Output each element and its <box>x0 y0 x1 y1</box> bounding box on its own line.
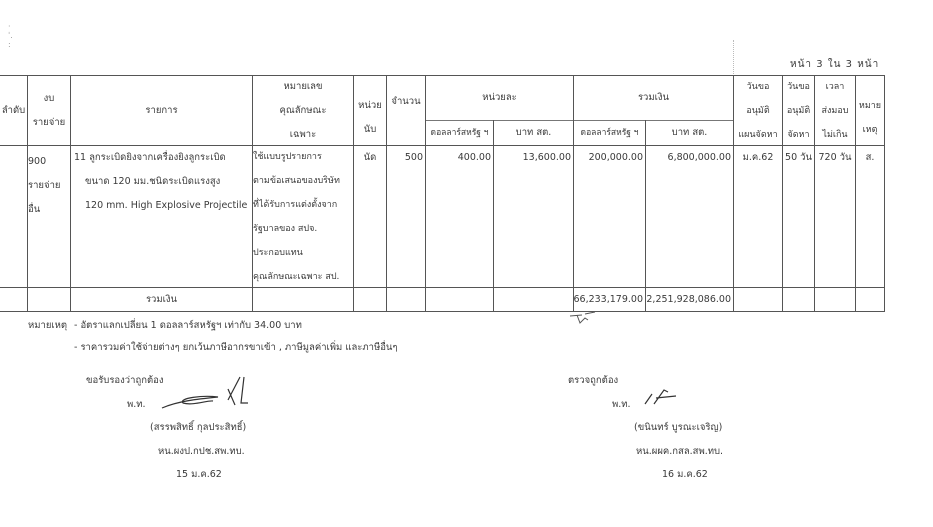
header-approve-procure: วันขอ อนุมัติ จัดหา <box>783 76 814 145</box>
row-qty: 500 <box>387 146 425 170</box>
header-delivery-line1: เวลา <box>826 75 845 99</box>
page-indicator: หน้า 3 ใน 3 หน้า <box>790 57 879 72</box>
notes-label: หมายเหตุ <box>28 318 67 333</box>
left-date: 15 ม.ค.62 <box>176 467 222 482</box>
header-total: รวมเงิน <box>574 76 733 120</box>
row-item: 11 ลูกระเบิดยิงจากเครื่องยิงลูกระเบิด ขน… <box>74 146 252 218</box>
row-spec: ใช้แบบรูปรายการ ตามข้อเสนอของบริษัท ที่ไ… <box>253 146 353 287</box>
row-unit: นัด <box>354 146 386 170</box>
header-spec-line3: เฉพาะ <box>290 123 316 147</box>
row-approve-plan: ม.ค.62 <box>734 146 782 170</box>
header-budget-line1: งบ <box>44 87 55 111</box>
header-unit-thb: บาท สต. <box>494 121 573 145</box>
header-approve-plan-line1: วันขอ <box>747 75 770 99</box>
left-signature-mark <box>158 375 253 413</box>
initials-mark <box>568 310 598 326</box>
row-unit-thb: 13,600.00 <box>494 146 573 170</box>
header-spec: หมายเลข คุณลักษณะ เฉพาะ <box>253 76 353 145</box>
row-spec-line2: ตามข้อเสนอของบริษัท <box>253 169 340 193</box>
row-spec-line4: รัฐบาลของ สปจ. <box>253 217 317 241</box>
note-item-2: - ราคารวมค่าใช้จ่ายต่างๆ ยกเว้นภาษีอากรข… <box>74 340 398 355</box>
header-approve-plan-line3: แผนจัดหา <box>738 123 777 147</box>
row-budget-line1: 900 <box>28 150 46 174</box>
left-name: (สรรพสิทธิ์ กุลประสิทธิ์) <box>150 420 246 435</box>
header-remark-line1: หมาย <box>859 94 881 118</box>
note-item-1: - อัตราแลกเปลี่ยน 1 ดอลลาร์สหรัฐฯ เท่ากั… <box>74 318 302 333</box>
header-unit-line2: นับ <box>364 118 377 142</box>
right-rank: พ.ท. <box>612 397 631 412</box>
row-approve-procure: 50 วัน <box>783 146 814 170</box>
header-budget: งบ รายจ่าย <box>28 76 70 145</box>
scan-marks: ·ˈ.: <box>8 22 20 62</box>
row-budget-line2: รายจ่าย <box>28 174 60 198</box>
header-approve-procure-line3: จัดหา <box>787 123 809 147</box>
header-remark-line2: เหตุ <box>863 118 878 142</box>
header-spec-line1: หมายเลข <box>284 75 323 99</box>
row-spec-line5: ประกอบแทน <box>253 241 303 265</box>
row-total-usd: 200,000.00 <box>574 146 645 170</box>
row-unit-usd: 400.00 <box>426 146 493 170</box>
left-caption: ขอรับรองว่าถูกต้อง <box>86 373 163 388</box>
left-position: หน.ผงป.กปช.สพ.ทบ. <box>158 444 245 459</box>
row-item-line2: ขนาด 120 มม.ชนิดระเบิดแรงสูง <box>74 170 252 194</box>
header-approve-procure-line2: อนุมัติ <box>787 99 810 123</box>
header-spec-line2: คุณลักษณะ <box>280 99 327 123</box>
right-name: (ขนินทร์ บูรณะเจริญ) <box>634 420 722 435</box>
header-budget-line2: รายจ่าย <box>33 111 65 135</box>
header-item: รายการ <box>71 76 252 145</box>
right-caption: ตรวจถูกต้อง <box>568 373 618 388</box>
total-thb: 2,251,928,086.00 <box>646 288 733 311</box>
row-remark: ส. <box>856 146 884 170</box>
row-delivery: 720 วัน <box>815 146 855 170</box>
row-budget-line3: อื่น <box>28 198 40 222</box>
header-no: ลำดับ <box>0 76 27 145</box>
row-budget: 900 รายจ่าย อื่น <box>28 146 70 226</box>
row-spec-line1: ใช้แบบรูปรายการ <box>253 145 322 169</box>
header-approve-plan-line2: อนุมัติ <box>746 99 769 123</box>
total-usd: 66,233,179.00 <box>574 288 645 311</box>
header-delivery-line2: ส่งมอบ <box>822 99 849 123</box>
header-unit: หน่วย นับ <box>354 90 386 145</box>
header-remark: หมาย เหตุ <box>856 90 884 145</box>
right-signature-mark <box>642 386 682 408</box>
header-unit-usd: ดอลลาร์สหรัฐ ฯ <box>426 121 493 145</box>
header-total-usd: ดอลลาร์สหรัฐ ฯ <box>574 121 645 145</box>
row-spec-line3: ที่ได้รับการแต่งตั้งจาก <box>253 193 337 217</box>
row-spec-line6: คุณลักษณะเฉพาะ สป. <box>253 265 339 289</box>
header-unit-line1: หน่วย <box>358 94 382 118</box>
total-label: รวมเงิน <box>71 288 252 311</box>
header-delivery-line3: ไม่เกิน <box>822 123 847 147</box>
left-rank: พ.ท. <box>127 397 146 412</box>
header-approve-plan: วันขอ อนุมัติ แผนจัดหา <box>734 76 782 145</box>
row-total-thb: 6,800,000.00 <box>646 146 733 170</box>
header-approve-procure-line1: วันขอ <box>787 75 810 99</box>
header-delivery: เวลา ส่งมอบ ไม่เกิน <box>815 76 855 145</box>
header-qty: จำนวน <box>387 90 425 114</box>
right-date: 16 ม.ค.62 <box>662 467 708 482</box>
header-total-thb: บาท สต. <box>646 121 733 145</box>
row-item-line3: 120 mm. High Explosive Projectile <box>74 194 252 218</box>
right-position: หน.ผผค.กสล.สพ.ทบ. <box>636 444 723 459</box>
row-item-line1: 11 ลูกระเบิดยิงจากเครื่องยิงลูกระเบิด <box>74 146 252 170</box>
header-unit-price: หน่วยละ <box>426 76 573 120</box>
